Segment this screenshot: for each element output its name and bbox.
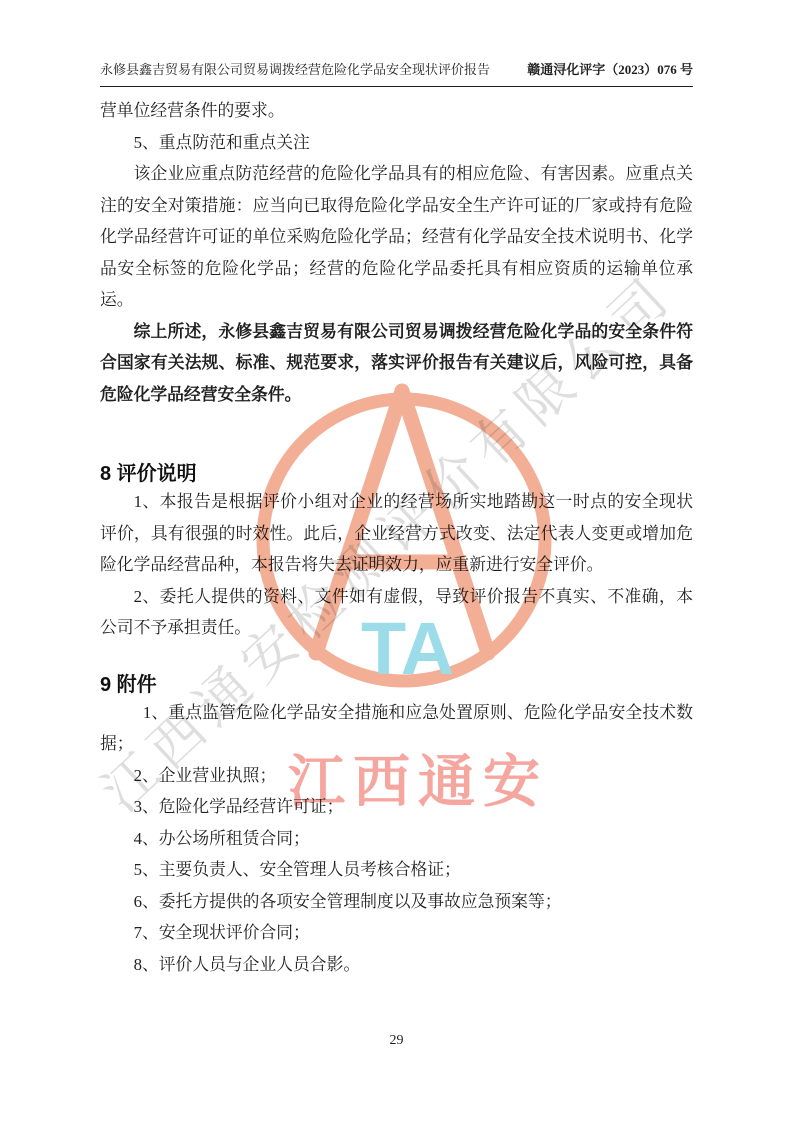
attachment-item: 3、危险化学品经营许可证；	[100, 791, 693, 823]
attachment-item: 5、主要负责人、安全管理人员考核合格证；	[100, 854, 693, 886]
header-doc-number: 赣通浔化评字（2023）076 号	[527, 60, 693, 80]
attachment-item: 6、委托方提供的各项安全管理制度以及事故应急预案等；	[100, 886, 693, 918]
attachment-item: 2、企业营业执照；	[100, 760, 693, 792]
document-page: 永修县鑫吉贸易有限公司贸易调拨经营危险化学品安全现状评价报告 赣通浔化评字（20…	[0, 0, 793, 1122]
section-9-title: 9 附件	[100, 673, 693, 697]
section-8-title: 8 评价说明	[100, 462, 693, 486]
section-8-paragraph-1: 1、本报告是根据评价小组对企业的经营场所实地踏勘这一时点的安全现状评价，具有很强…	[100, 486, 693, 581]
page-number: 29	[0, 1032, 793, 1050]
section-8-paragraph-2: 2、委托人提供的资料、文件如有虚假，导致评价报告不真实、不准确，本公司不予承担责…	[100, 581, 693, 644]
document-body: 营单位经营条件的要求。 5、重点防范和重点关注 该企业应重点防范经营的危险化学品…	[100, 95, 693, 980]
paragraph-conclusion: 综上所述，永修县鑫吉贸易有限公司贸易调拨经营危险化学品的安全条件符合国家有关法规…	[100, 316, 693, 411]
header-rule	[100, 86, 693, 87]
attachment-item: 8、评价人员与企业人员合影。	[100, 949, 693, 981]
page-header: 永修县鑫吉贸易有限公司贸易调拨经营危险化学品安全现状评价报告 赣通浔化评字（20…	[100, 60, 693, 80]
attachment-item: 4、办公场所租赁合同；	[100, 823, 693, 855]
header-left-title: 永修县鑫吉贸易有限公司贸易调拨经营危险化学品安全现状评价报告	[100, 60, 490, 80]
subheading-5: 5、重点防范和重点关注	[100, 127, 693, 159]
attachment-item: 1、重点监管危险化学品安全措施和应急处置原则、危险化学品安全技术数据；	[100, 697, 693, 760]
attachment-item: 7、安全现状评价合同；	[100, 917, 693, 949]
paragraph-prevention: 该企业应重点防范经营的危险化学品具有的相应危险、有害因素。应重点关注的安全对策措…	[100, 158, 693, 316]
paragraph-continued: 营单位经营条件的要求。	[100, 95, 693, 127]
